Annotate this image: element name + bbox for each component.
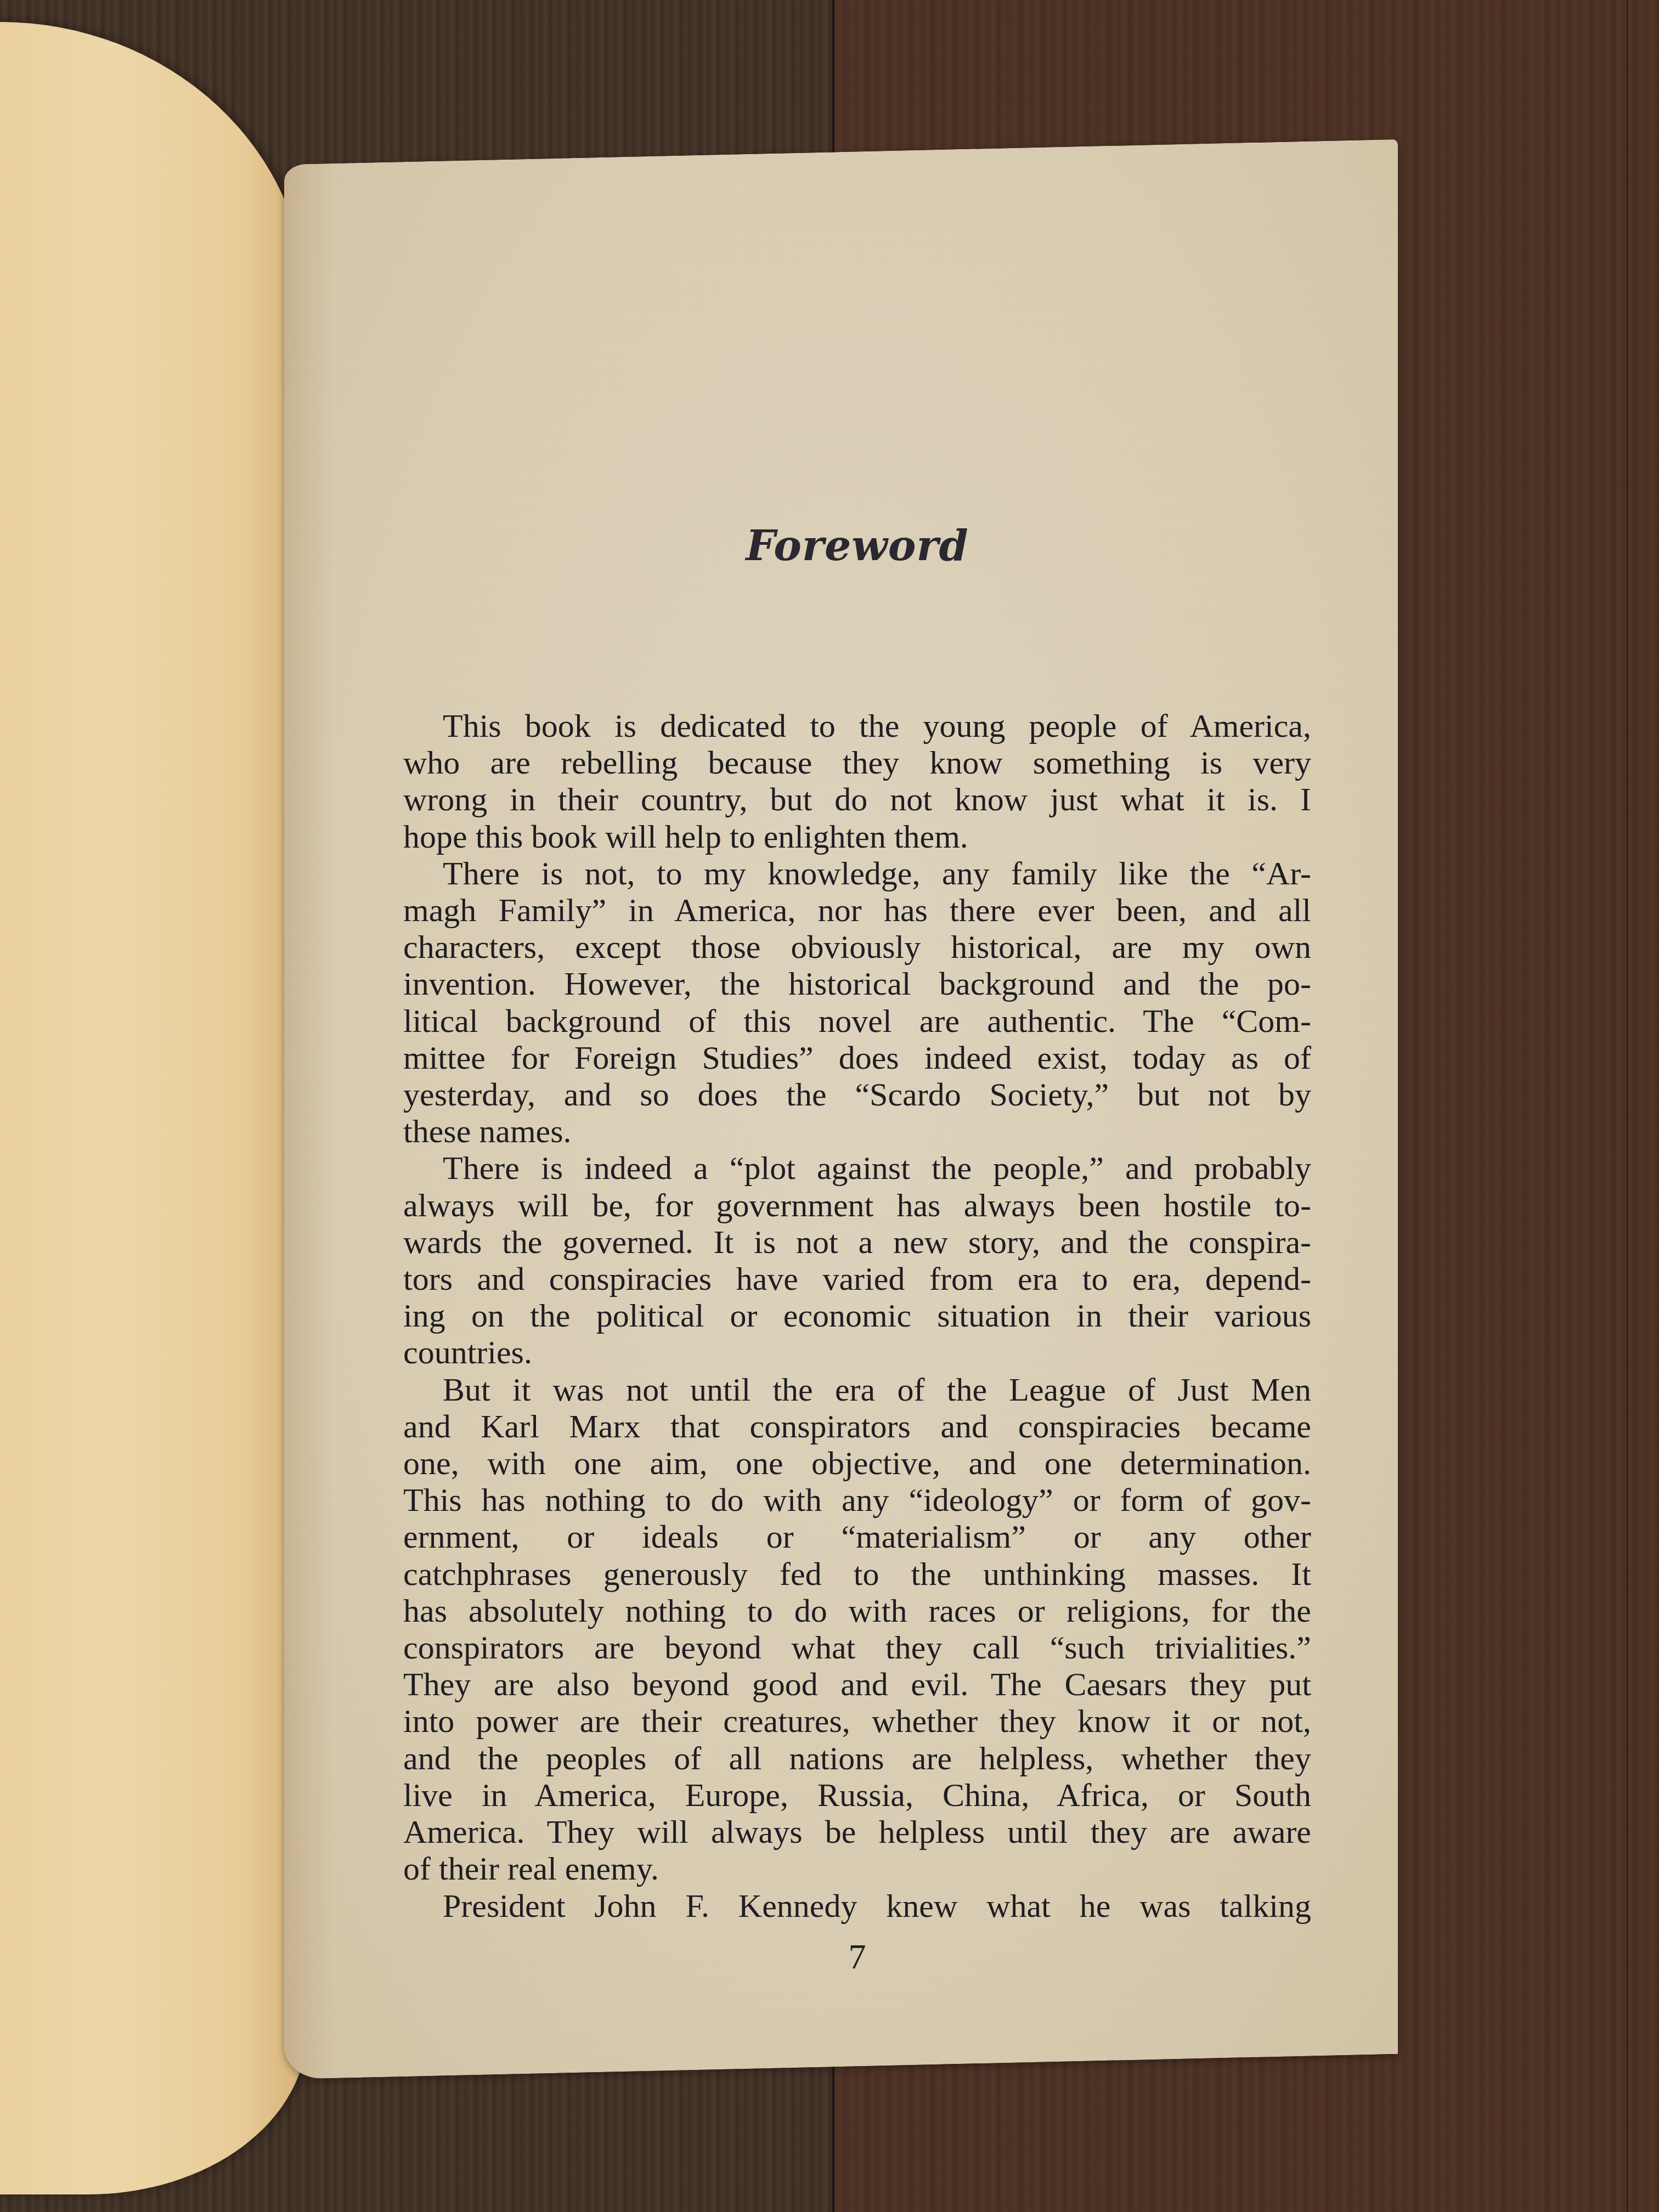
- text-line: magh Family” in America, nor has there e…: [403, 892, 1311, 929]
- page-title: Foreword: [403, 521, 1311, 570]
- page-number: 7: [403, 1937, 1311, 1977]
- text-line: characters, except those obviously histo…: [403, 929, 1311, 966]
- text-line: There is indeed a “plot against the peop…: [403, 1150, 1311, 1187]
- text-line: these names.: [403, 1113, 1311, 1150]
- text-line: wards the governed. It is not a new stor…: [403, 1224, 1311, 1261]
- text-line: America. They will always be helpless un…: [403, 1814, 1311, 1850]
- text-line: who are rebelling because they know some…: [403, 744, 1311, 781]
- text-line: has absolutely nothing to do with races …: [403, 1593, 1311, 1629]
- page-content: Foreword This book is dedicated to the y…: [403, 0, 1311, 2212]
- text-line: This book is dedicated to the young peop…: [403, 708, 1311, 744]
- text-line: They are also beyond good and evil. The …: [403, 1666, 1311, 1703]
- text-line: litical background of this novel are aut…: [403, 1003, 1311, 1040]
- text-line: President John F. Kennedy knew what he w…: [403, 1888, 1311, 1925]
- text-line: But it was not until the era of the Leag…: [403, 1372, 1311, 1408]
- text-line: conspirators are beyond what they call “…: [403, 1629, 1311, 1666]
- text-line: hope this book will help to enlighten th…: [403, 819, 1311, 855]
- text-line: of their real enemy.: [403, 1850, 1311, 1887]
- left-page-curl: [0, 22, 307, 2194]
- text-line: countries.: [403, 1334, 1311, 1371]
- text-line: There is not, to my knowledge, any famil…: [403, 855, 1311, 892]
- text-line: always will be, for government has alway…: [403, 1187, 1311, 1224]
- text-line: ernment, or ideals or “materialism” or a…: [403, 1519, 1311, 1555]
- text-line: and the peoples of all nations are helpl…: [403, 1740, 1311, 1777]
- text-line: one, with one aim, one objective, and on…: [403, 1445, 1311, 1482]
- text-line: mittee for Foreign Studies” does indeed …: [403, 1040, 1311, 1076]
- text-line: live in America, Europe, Russia, China, …: [403, 1777, 1311, 1814]
- text-line: This has nothing to do with any “ideolog…: [403, 1482, 1311, 1519]
- wood-seam: [1627, 0, 1628, 2212]
- text-line: wrong in their country, but do not know …: [403, 781, 1311, 818]
- text-line: yesterday, and so does the “Scardo Socie…: [403, 1076, 1311, 1113]
- text-line: invention. However, the historical backg…: [403, 966, 1311, 1002]
- text-line: into power are their creatures, whether …: [403, 1703, 1311, 1740]
- foreword-body: This book is dedicated to the young peop…: [403, 708, 1311, 1925]
- text-line: ing on the political or economic situati…: [403, 1297, 1311, 1334]
- text-line: tors and conspiracies have varied from e…: [403, 1261, 1311, 1297]
- text-line: catchphrases generously fed to the unthi…: [403, 1556, 1311, 1593]
- text-line: and Karl Marx that conspirators and cons…: [403, 1408, 1311, 1445]
